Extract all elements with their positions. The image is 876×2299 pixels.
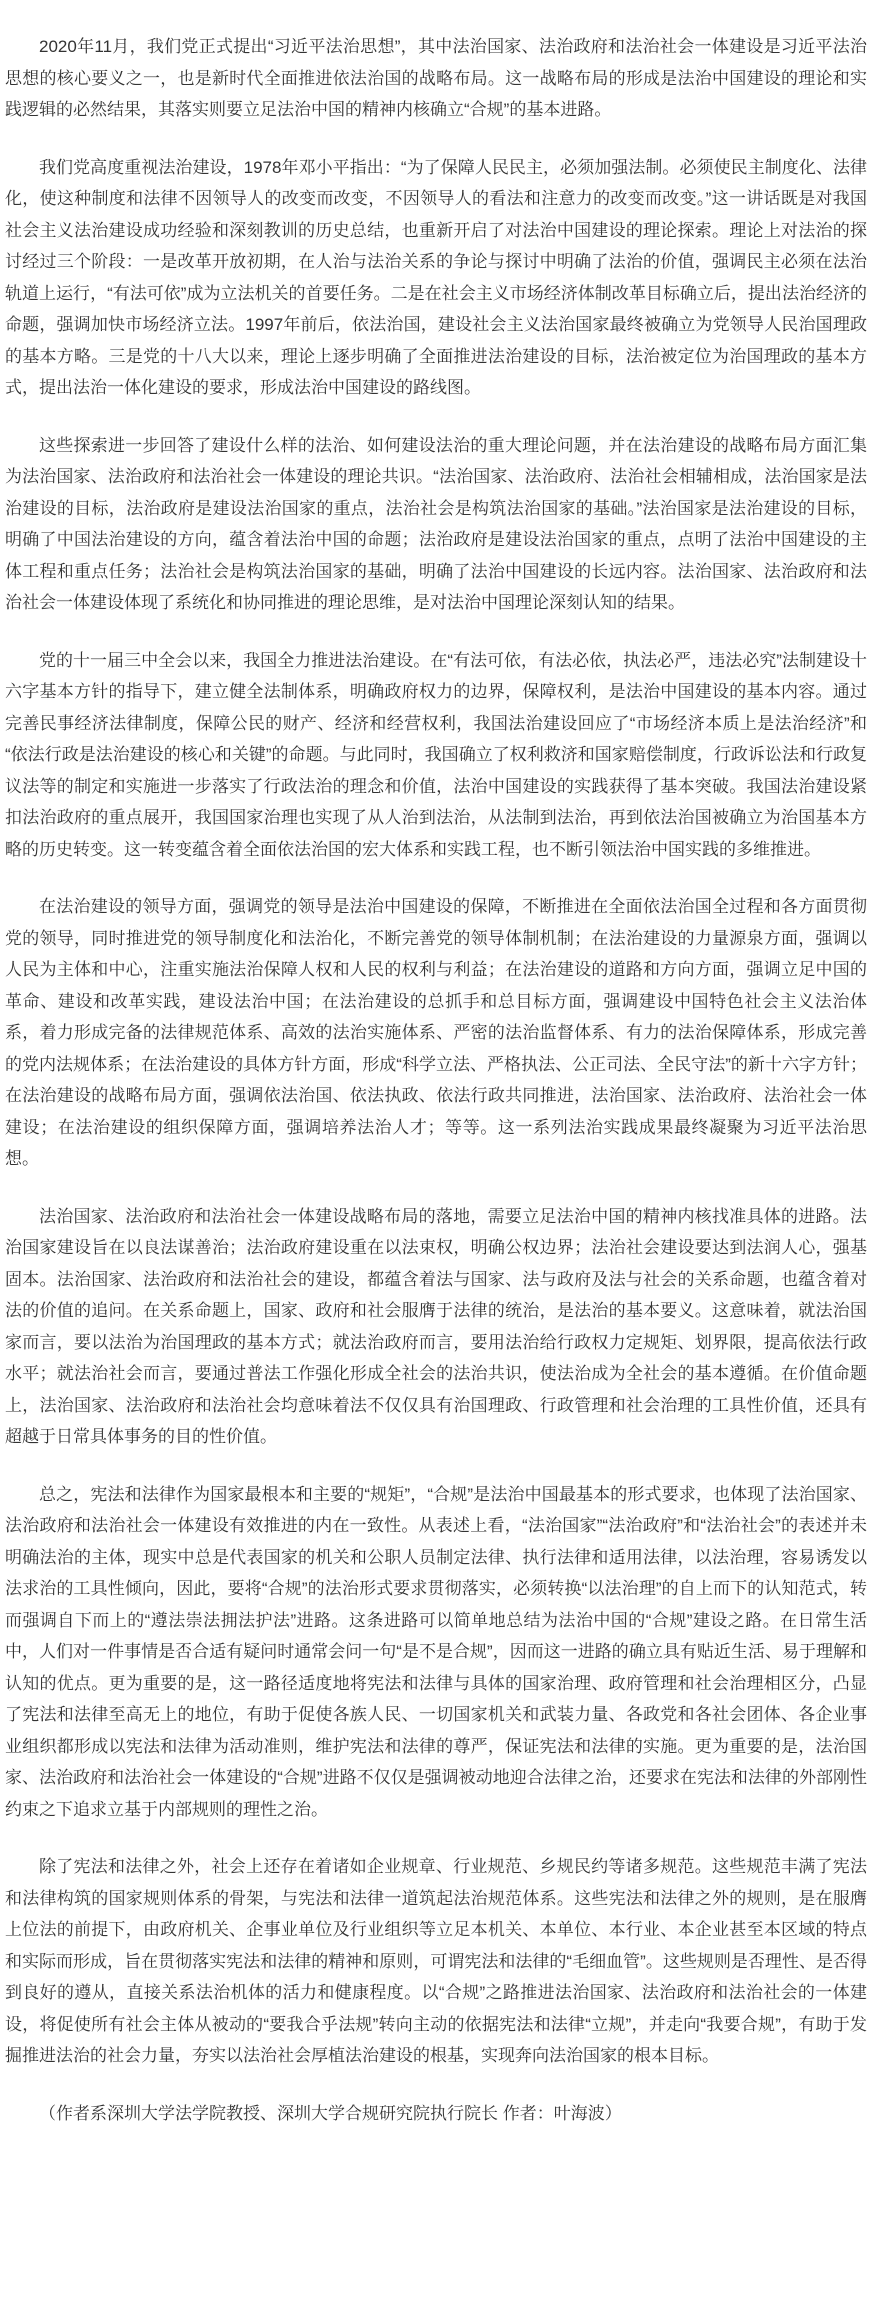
paragraph-aspects: 在法治建设的领导方面，强调党的领导是法治中国建设的保障，不断推进在全面依法治国全… [5,891,867,1175]
paragraph-history: 我们党高度重视法治建设，1978年邓小平指出：“为了保障人民民主，必须加强法制。… [5,152,867,404]
paragraph-compliance: 总之，宪法和法律作为国家最根本和主要的“规矩”，“合规”是法治中国最基本的形式要… [5,1479,867,1826]
article-body: 2020年11月，我们党正式提出“习近平法治思想”，其中法治国家、法治政府和法治… [5,31,867,2129]
paragraph-intro: 2020年11月，我们党正式提出“习近平法治思想”，其中法治国家、法治政府和法治… [5,31,867,126]
paragraph-landing: 法治国家、法治政府和法治社会一体建设战略布局的落地，需要立足法治中国的精神内核找… [5,1201,867,1453]
author-line: （作者系深圳大学法学院教授、深圳大学合规研究院执行院长 作者：叶海波） [5,2098,867,2130]
document-page: 2020年11月，我们党正式提出“习近平法治思想”，其中法治国家、法治政府和法治… [0,0,876,2169]
paragraph-norms: 除了宪法和法律之外，社会上还存在着诸如企业规章、行业规范、乡规民约等诸多规范。这… [5,1851,867,2072]
paragraph-consensus: 这些探索进一步回答了建设什么样的法治、如何建设法治的重大理论问题，并在法治建设的… [5,430,867,619]
paragraph-practice: 党的十一届三中全会以来，我国全力推进法治建设。在“有法可依，有法必依，执法必严，… [5,645,867,866]
